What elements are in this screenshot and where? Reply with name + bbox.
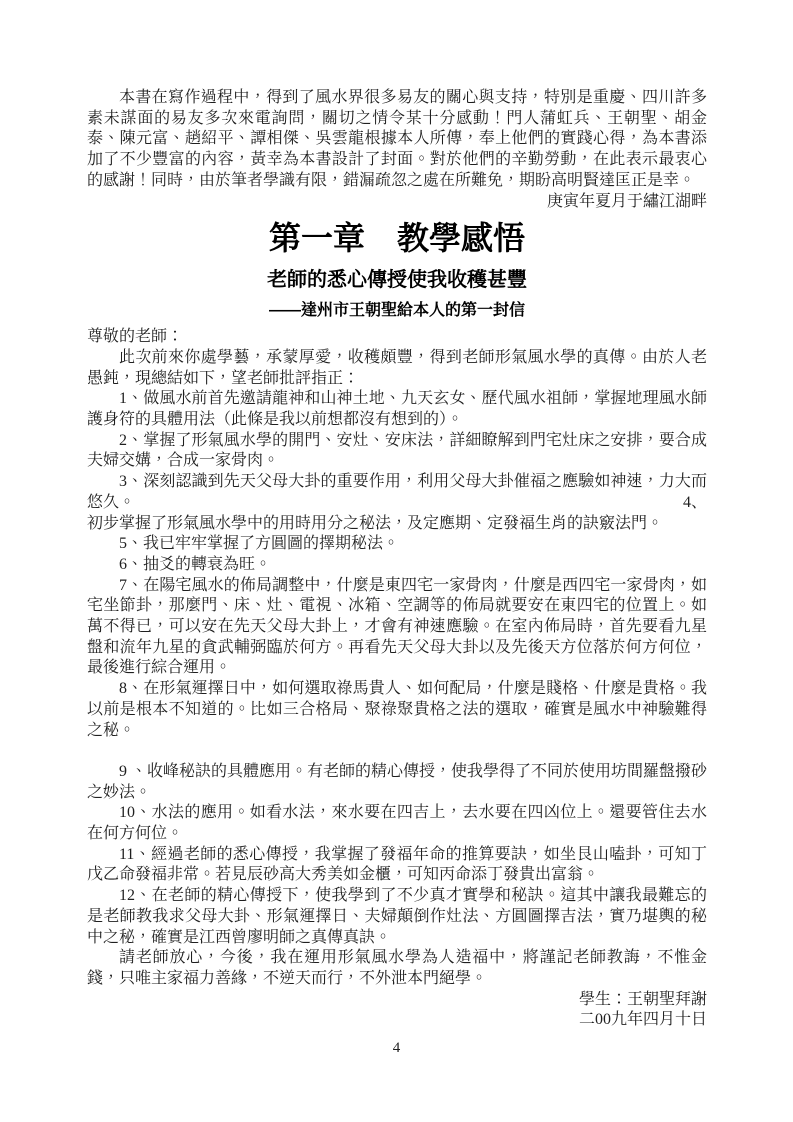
letter-item-11: 11、經過老師的悉心傳授，我掌握了發福年命的推算要訣，如坐艮山嗑卦，可知丁戊乙命… [87,845,707,886]
letter-item-10: 10、水法的應用。如看水法，來水要在四吉上，去水要在四凶位上。還要管住去水在何方… [87,803,707,844]
letter-item-2: 2、掌握了形氣風水學的開門、安灶、安床法，詳細瞭解到門宅灶床之安排，要合成夫婦交… [87,431,707,472]
letter-item-6: 6、抽爻的轉衰為旺。 [87,555,707,576]
letter-item-1: 1、做風水前首先邀請龍神和山神土地、九天玄女、歷代風水祖師，掌握地理風水師護身符… [87,389,707,430]
signature-date: 二00九年四月十日 [87,1010,707,1031]
letter-item-9: 9 、收峰秘訣的具體應用。有老師的精心傳授，使我學得了不同於使用坊間羅盤撥砂之妙… [87,762,707,803]
page-content: 本書在寫作過程中，得到了風水界很多易友的關心與支持，特別是重慶、四川許多素未謀面… [87,88,707,1031]
chapter-subtitle: 老師的悉心傳授使我收穫甚豐 [87,267,707,293]
chapter-title: 第一章 教學感悟 [87,217,707,259]
document-page: 本書在寫作過程中，得到了風水界很多易友的關心與支持，特別是重慶、四川許多素未謀面… [0,0,793,1122]
letter-item-7: 7、在陽宅風水的佈局調整中，什麼是東四宅一家骨肉，什麼是西四宅一家骨肉，如宅坐節… [87,576,707,680]
letter-item-3: 3、深刻認識到先天父母大卦的重要作用，利用父母大卦催福之應驗如神速，力大而悠久。… [87,472,707,513]
preface-dateline: 庚寅年夏月于繡江湖畔 [87,192,707,213]
letter-item-5: 5、我已牢牢掌握了方圓圖的擇期秘法。 [87,534,707,555]
letter-closing: 請老師放心，今後，我在運用形氣風水學為人造福中，將謹記老師教誨，不惟金錢，只唯主… [87,948,707,989]
letter-item-4-body: 初步掌握了形氣風水學中的用時用分之秘法，及定應期、定發福生肖的訣竅法門。 [87,514,707,535]
letter-item-8: 8、在形氣運擇日中，如何選取祿馬貴人、如何配局，什麼是賤格、什麼是貴格。我以前是… [87,679,707,741]
letter-salutation: 尊敬的老師： [87,327,707,348]
letter-item-4-number: 4、 [651,493,707,514]
page-number: 4 [0,1038,793,1058]
chapter-byline: ——達州市王朝聖給本人的第一封信 [87,300,707,322]
letter-item-3-text: 3、深刻認識到先天父母大卦的重要作用，利用父母大卦催福之應驗如神速，力大而悠久。 [87,473,707,511]
signature-line: 學生：王朝聖拜謝 [87,990,707,1011]
letter-intro: 此次前來你處學藝，承蒙厚愛，收穫頗豐，得到老師形氣風水學的真傳。由於人老愚鈍，現… [87,348,707,389]
preface-paragraph: 本書在寫作過程中，得到了風水界很多易友的關心與支持，特別是重慶、四川許多素未謀面… [87,88,707,192]
letter-item-12: 12、在老師的精心傳授下，使我學到了不少真才實學和秘訣。這其中讓我最難忘的是老師… [87,886,707,948]
